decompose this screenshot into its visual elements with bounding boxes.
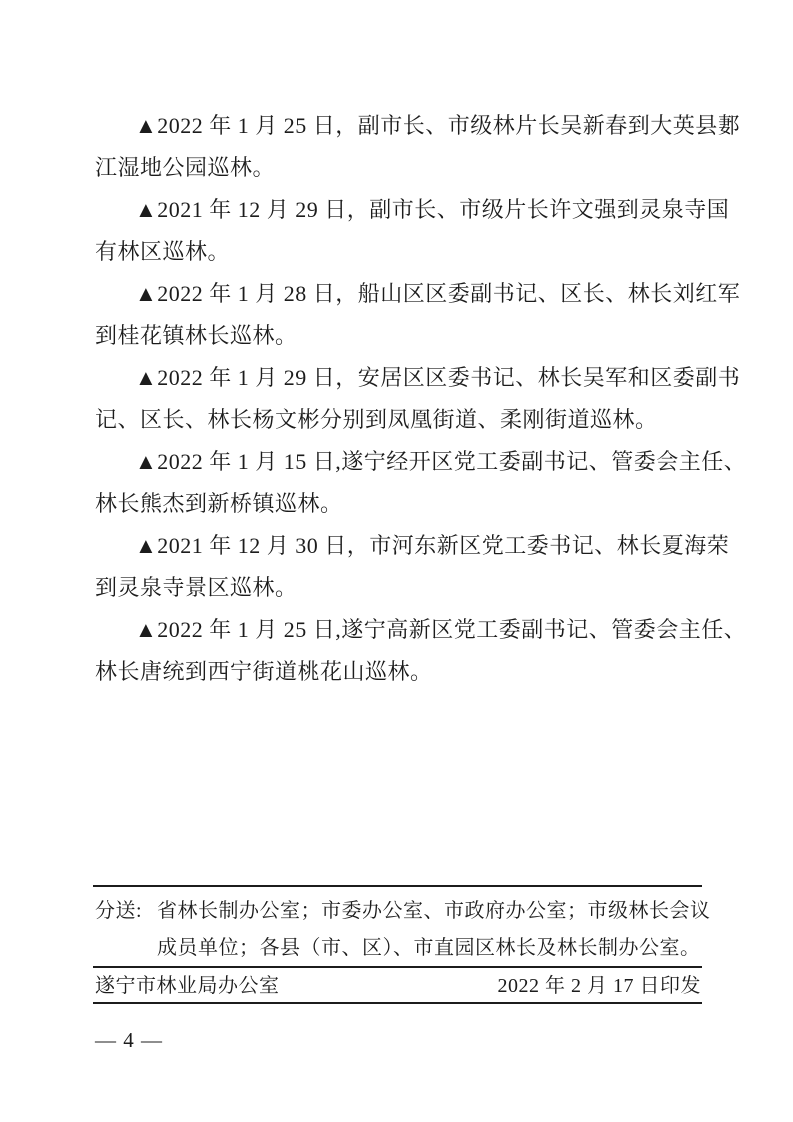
- bullet-paragraph-line: ▲2022 年 1 月 15 日,遂宁经开区党工委副书记、管委会主任、: [95, 441, 702, 483]
- footer-row: 遂宁市林业局办公室 2022 年 2 月 17 日印发: [95, 971, 701, 1001]
- distribution-label: 分送:: [95, 893, 142, 930]
- bullet-paragraph-line: ▲2021 年 12 月 30 日，市河东新区党工委书记、林长夏海荣: [95, 525, 702, 567]
- distribution-block: 分送: 省林长制办公室；市委办公室、市政府办公室；市级林长会议 成员单位；各县（…: [95, 893, 702, 967]
- issuer-office: 遂宁市林业局办公室: [95, 971, 280, 1001]
- bullet-paragraph-line: 到灵泉寺景区巡林。: [95, 567, 702, 609]
- distribution-line: 省林长制办公室；市委办公室、市政府办公室；市级林长会议: [95, 893, 702, 930]
- separator-line-bottom: [93, 1002, 702, 1004]
- bullet-paragraph-line: 林长熊杰到新桥镇巡林。: [95, 483, 702, 525]
- bullet-paragraph-line: 江湿地公园巡林。: [95, 147, 702, 189]
- bullet-paragraph-line: ▲2021 年 12 月 29 日，副市长、市级片长许文强到灵泉寺国: [95, 189, 702, 231]
- bullet-paragraph-line: ▲2022 年 1 月 28 日，船山区区委副书记、区长、林长刘红军: [95, 273, 702, 315]
- separator-line-top: [93, 885, 702, 887]
- bullet-paragraph-line: 记、区长、林长杨文彬分别到凤凰街道、柔刚街道巡林。: [95, 399, 702, 441]
- print-date: 2022 年 2 月 17 日印发: [498, 971, 702, 1001]
- body-text: ▲2022 年 1 月 25 日，副市长、市级林片长吴新春到大英县郪 江湿地公园…: [95, 105, 702, 693]
- page-number: — 4 —: [95, 1026, 163, 1054]
- bullet-paragraph-line: ▲2022 年 1 月 25 日，副市长、市级林片长吴新春到大英县郪: [95, 105, 702, 147]
- bullet-paragraph-line: ▲2022 年 1 月 29 日，安居区区委书记、林长吴军和区委副书: [95, 357, 702, 399]
- bullet-paragraph-line: 有林区巡林。: [95, 231, 702, 273]
- separator-line-middle: [93, 966, 702, 968]
- bullet-paragraph-line: ▲2022 年 1 月 25 日,遂宁高新区党工委副书记、管委会主任、: [95, 609, 702, 651]
- distribution-line: 成员单位；各县（市、区）、市直园区林长及林长制办公室。: [95, 930, 702, 967]
- bullet-paragraph-line: 林长唐统到西宁街道桃花山巡林。: [95, 651, 702, 693]
- bullet-paragraph-line: 到桂花镇林长巡林。: [95, 315, 702, 357]
- document-page: ▲2022 年 1 月 25 日，副市长、市级林片长吴新春到大英县郪 江湿地公园…: [0, 0, 793, 1122]
